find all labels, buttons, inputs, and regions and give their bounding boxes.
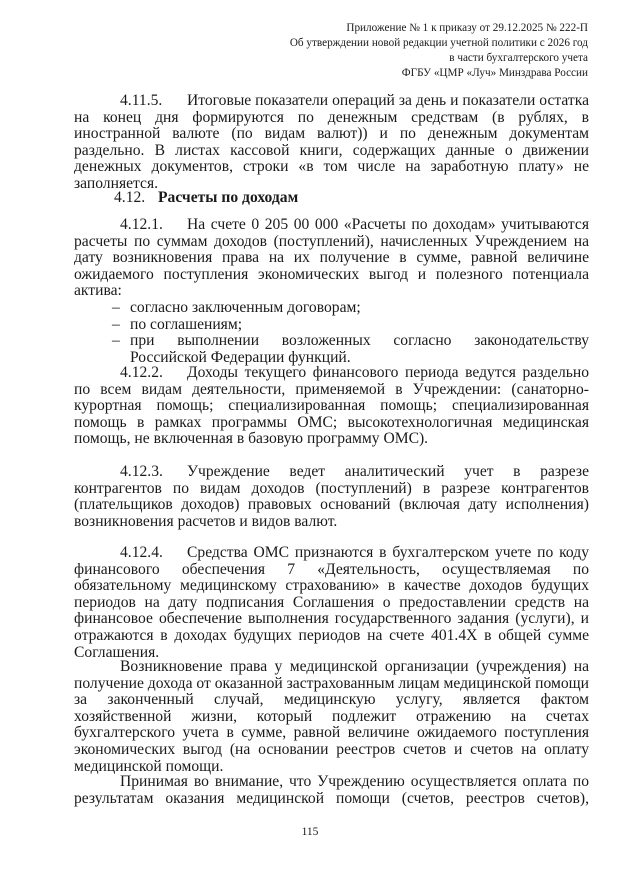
paragraph-4-12-4: 4.12.4.Средства ОМС признаются в бухгалт…	[74, 545, 589, 661]
paragraph-number: 4.12.3.	[120, 464, 187, 481]
header-line-title: Об утверждении новой редакции учетной по…	[290, 36, 588, 51]
section-title: Расчеты по доходам	[158, 189, 298, 206]
header-line-organization: ФГБУ «ЦМР «Луч» Минздрава России	[290, 66, 588, 81]
paragraph-number: 4.12.4.	[120, 545, 187, 562]
document-header: Приложение № 1 к приказу от 29.12.2025 №…	[290, 21, 588, 81]
list-item: –по соглашениям;	[74, 317, 589, 334]
section-heading-4-12: 4.12.Расчеты по доходам	[114, 190, 298, 207]
paragraph-number: 4.12.2.	[120, 365, 187, 382]
paragraph-number: 4.11.5.	[120, 93, 187, 110]
paragraph-text: Возникновение права у медицинской органи…	[74, 659, 589, 775]
paragraph-4-11-5: 4.11.5.Итоговые показатели операций за д…	[74, 93, 589, 193]
paragraph-4-12-2: 4.12.2.Доходы текущего финансового перио…	[74, 365, 589, 448]
header-line-order: Приложение № 1 к приказу от 29.12.2025 №…	[290, 21, 588, 36]
page-number: 115	[0, 826, 620, 838]
dash-bullet-icon: –	[112, 333, 120, 350]
paragraph-4-12-1: 4.12.1.На счете 0 205 00 000 «Расчеты по…	[74, 217, 589, 366]
section-number: 4.12.	[114, 190, 158, 207]
paragraph-text: Средства ОМС признаются в бухгалтерском …	[74, 544, 589, 661]
header-line-scope: в части бухгалтерского учета	[290, 51, 588, 66]
list-item: –при выполнении возложенных согласно зак…	[74, 333, 589, 366]
paragraph-4-12-3: 4.12.3.Учреждение ведет аналитический уч…	[74, 464, 589, 530]
paragraph-text: Принимая во внимание, что Учреждению осу…	[74, 774, 589, 807]
bullet-list: –согласно заключенным договорам; –по сог…	[74, 300, 589, 366]
dash-bullet-icon: –	[112, 317, 120, 334]
list-item: –согласно заключенным договорам;	[74, 300, 589, 317]
dash-bullet-icon: –	[112, 300, 120, 317]
paragraph-right-to-income: Возникновение права у медицинской органи…	[74, 659, 589, 775]
paragraph-number: 4.12.1.	[120, 217, 187, 234]
paragraph-payment-basis: Принимая во внимание, что Учреждению осу…	[74, 774, 589, 807]
